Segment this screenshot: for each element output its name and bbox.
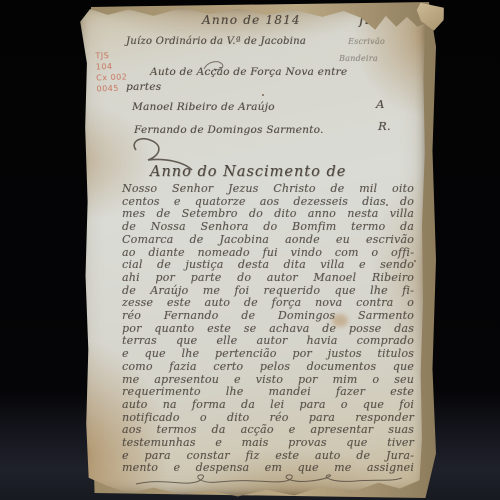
manuscript-line: testemunhas e mais provas que tiver (122, 437, 414, 450)
margin-note: Escrivão (348, 37, 385, 46)
court-line: Juízo Ordinário da V.ª de Jacobina (126, 36, 306, 47)
foxing-stain (332, 314, 348, 327)
manuscript-line: Comarca de Jacobina aonde eu escrivão (122, 234, 414, 247)
plaintiff-name: Manoel Ribeiro de Araújo (132, 101, 275, 113)
year-heading: Anno de 1814 (202, 13, 301, 27)
defendant-name: Fernando de Domingos Sarmento. (134, 124, 324, 136)
manuscript-page: TJS 104 Cx 002 0045 Anno de 1814 fl. Juí… (76, 4, 428, 498)
archival-label: TJS 104 Cx 002 0045 (95, 49, 128, 94)
rubric-flourish (134, 472, 404, 490)
manuscript-line: como fazia certo pelos documentos que (122, 361, 414, 374)
manuscript-line: réo Fernando de Domingos Sarmento (122, 310, 414, 323)
case-title-line2: partes (126, 81, 161, 93)
manuscript-line: e que lhe pertencião por justos titulos (122, 348, 414, 361)
archival-label-line: 0045 (96, 82, 128, 94)
manuscript-line: Nosso Senhor Jezus Christo de mil oito (122, 183, 414, 196)
manuscript-photo: TJS 104 Cx 002 0045 Anno de 1814 fl. Juí… (0, 0, 500, 500)
manuscript-line: de Nossa Senhora do Bomfim termo da (122, 221, 414, 234)
margin-note: Bandeira (339, 54, 378, 63)
manuscript-line: auto na forma da lei para o que foi (122, 399, 414, 412)
archival-label-line: Cx 002 (96, 71, 128, 83)
ink-speck (386, 204, 388, 206)
manuscript-line: ahi por parte do autor Manoel Ribeiro (122, 272, 414, 285)
ink-speck (262, 94, 264, 96)
ink-speck (414, 260, 416, 262)
body-opening-line: Anno do Nascimento de (150, 164, 414, 180)
plaintiff-mark: A (376, 97, 385, 111)
case-title-line1: Auto de Acção de Força Nova entre (150, 66, 347, 78)
body-text: Anno do Nascimento de Nosso Senhor Jezus… (122, 164, 414, 475)
defendant-mark: R. (378, 119, 391, 133)
